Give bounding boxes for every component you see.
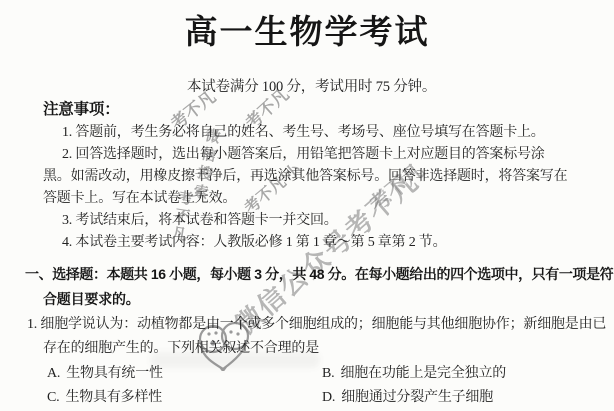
exam-info: 本试卷满分 100 分，考试用时 75 分钟。 (187, 79, 436, 96)
notice-heading: 注意事项： (43, 101, 120, 118)
notice-item-2-line-1: 2. 回答选择题时，选出每小题答案后，用铅笔把答题卡上对应题目的答案标号涂 (62, 146, 545, 163)
notice-item-3: 3. 考试结束后，将本试卷和答题卡一并交回。 (62, 212, 338, 229)
option-a-text: 生物具有统一性 (66, 366, 163, 381)
option-c-text: 生物具有多样性 (65, 390, 162, 405)
option-a-label: A. (47, 366, 60, 381)
option-a: A.生物具有统一性 (47, 365, 163, 382)
notice-item-1: 1. 答题前，考生务必将自己的姓名、考生号、考场号、座位号填写在答题卡上。 (62, 124, 545, 141)
section-heading-line-2: 合题目要求的。 (43, 291, 140, 308)
option-b: B.细胞在功能上是完全独立的 (322, 365, 506, 382)
option-c: C.生物具有多样性 (47, 389, 162, 406)
option-c-label: C. (47, 390, 59, 405)
watermark-text: 考不凡'小 (239, 157, 306, 218)
question-1-line-2: 存在的细胞产生的。下列相关叙述不合理的是 (43, 340, 319, 357)
option-b-label: B. (322, 366, 334, 381)
option-d-label: D. (322, 390, 335, 405)
option-d-text: 细胞通过分裂产生子细胞 (341, 390, 493, 405)
watermark-text: 微信公众号考不凡 (225, 161, 426, 343)
notice-item-4: 4. 本试卷主要考试内容：人教版必修 1 第 1 章～第 5 章第 2 节。 (62, 234, 446, 251)
notice-item-2-line-2: 黑。如需改动，用橡皮擦干净后，再选涂其他答案标号。回答非选择题时，将答案写在 (43, 168, 567, 185)
option-b-text: 细胞在功能上是完全独立的 (340, 366, 506, 381)
page-title: 高一生物学考试 (0, 6, 614, 53)
section-heading-line-1: 一、选择题：本题共 16 小题，每小题 3 分，共 48 分。在每小题给出的四个… (25, 266, 613, 283)
option-d: D.细胞通过分裂产生子细胞 (322, 389, 493, 406)
exam-paper-page: 考不凡 考不凡 微信搜索 考不凡 考不凡'小 微信公众号考不凡 考不凡 高一生物… (0, 0, 614, 411)
notice-item-2-line-3: 答题卡上。写在本试卷上无效。 (43, 190, 236, 207)
question-1-line-1: 1. 细胞学说认为：动植物都是由一个或多个细胞组成的；细胞能与其他细胞协作；新细… (27, 316, 606, 333)
watermark-text: 考不凡 (362, 155, 430, 218)
